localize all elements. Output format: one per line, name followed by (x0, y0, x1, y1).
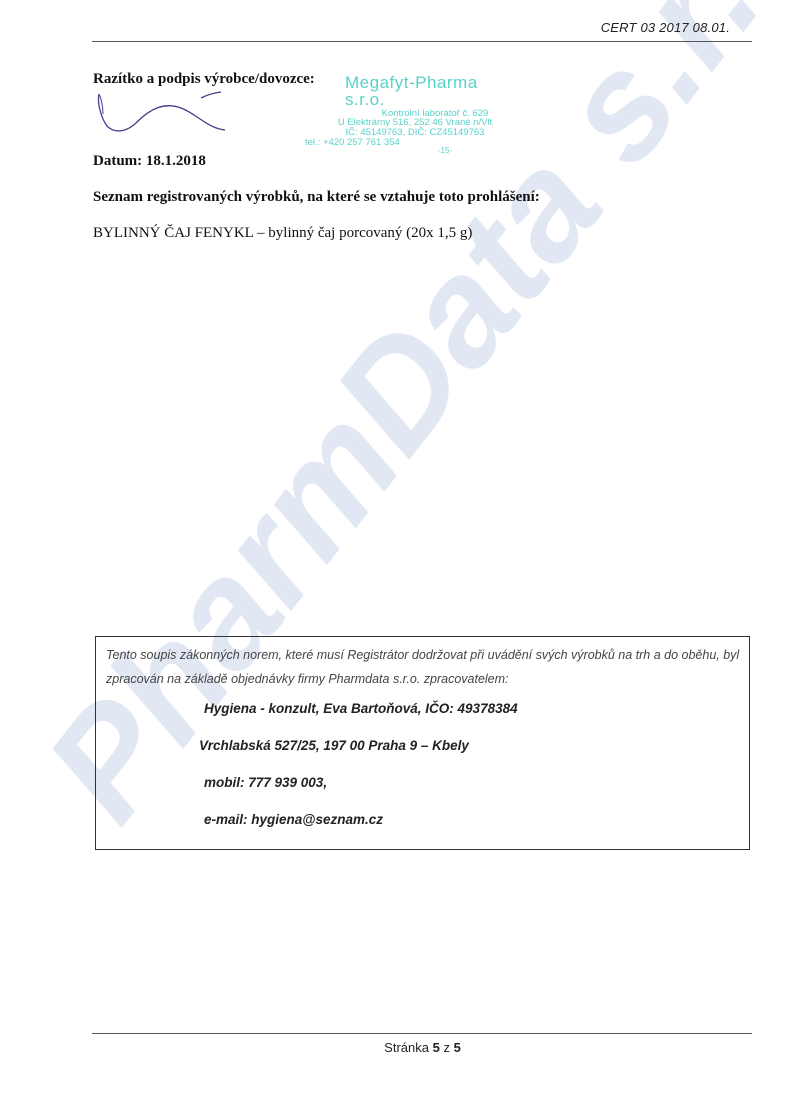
processor-email: e-mail: hygiena@seznam.cz (204, 812, 383, 827)
stamp-mark: -15- (305, 147, 515, 155)
processor-name: Hygiena - konzult, Eva Bartoňová, IČO: 4… (204, 701, 518, 716)
page-indicator: Stránka 5 z 5 (0, 1040, 800, 1055)
document-code: CERT 03 2017 08.01. (601, 20, 730, 35)
products-heading: Seznam registrovaných výrobků, na které … (93, 189, 540, 206)
date-line: Datum: 18.1.2018 (93, 153, 206, 170)
processor-address: Vrchlabská 527/25, 197 00 Praha 9 – Kbel… (199, 738, 469, 753)
stamp-company: Megafyt-Pharma s.r.o. (305, 74, 515, 109)
signature-label: Razítko a podpis výrobce/dovozce: (93, 71, 315, 88)
total-pages: 5 (454, 1040, 461, 1055)
info-intro-text: Tento soupis zákonných norem, které musí… (106, 643, 746, 691)
page-label: Stránka (384, 1040, 429, 1055)
current-page: 5 (433, 1040, 440, 1055)
footer-divider (92, 1033, 752, 1034)
processor-info-box: Tento soupis zákonných norem, které musí… (95, 636, 750, 850)
handwritten-signature (95, 88, 255, 143)
page-separator: z (443, 1040, 450, 1055)
header-divider (92, 41, 752, 42)
company-stamp: Megafyt-Pharma s.r.o. Kontrolní laborato… (305, 74, 515, 156)
stamp-line-phone: tel.: +420 257 761 354 (305, 138, 515, 148)
processor-mobile: mobil: 777 939 003, (204, 775, 327, 790)
product-item: BYLINNÝ ČAJ FENYKL – bylinný čaj porcova… (93, 225, 472, 242)
